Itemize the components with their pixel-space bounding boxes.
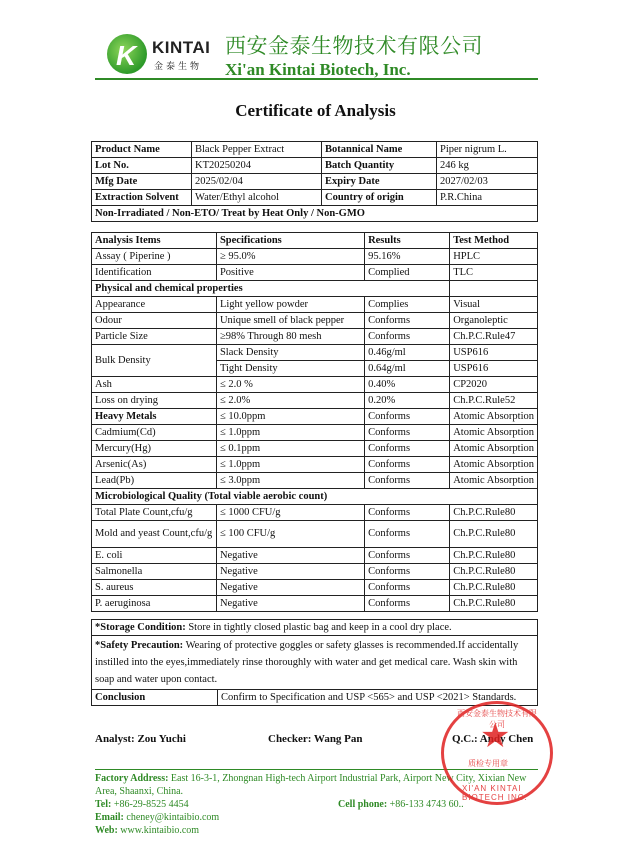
section-row: Microbiological Quality (Total viable ae… (92, 489, 538, 505)
stamp-bottom-text: XI'AN KINTAI BIOTECH INC. (462, 784, 550, 802)
result: Conforms (365, 548, 450, 564)
cell-value: +86-133 4743 60.. (387, 799, 463, 810)
spec: ≥98% Through 80 mesh (216, 329, 364, 345)
method: HPLC (450, 249, 538, 265)
storage-text: Store in tightly closed plastic bag and … (186, 622, 452, 633)
result: 0.46g/ml (365, 345, 450, 361)
email-value[interactable]: cheney@kintaibio.com (124, 812, 219, 823)
table-row: Loss on drying ≤ 2.0% 0.20% Ch.P.C.Rule5… (92, 393, 538, 409)
method: Ch.P.C.Rule52 (450, 393, 538, 409)
letterhead: K KINTAI 金泰生物 西安金泰生物技术有限公司 Xi'an Kintai … (95, 28, 540, 80)
value: Black Pepper Extract (192, 142, 322, 158)
result: Conforms (365, 313, 450, 329)
method: Ch.P.C.Rule80 (450, 564, 538, 580)
spec: ≤ 1.0ppm (216, 457, 364, 473)
method: Atomic Absorption (450, 409, 538, 425)
result: 0.64g/ml (365, 361, 450, 377)
item: Cadmium(Cd) (92, 425, 217, 441)
storage-row: *Storage Condition: Store in tightly clo… (92, 620, 538, 636)
table-row: Identification Positive Complied TLC (92, 265, 538, 281)
label: Expiry Date (322, 174, 437, 190)
spec: Slack Density (216, 345, 364, 361)
item: Ash (92, 377, 217, 393)
spec: ≤ 1.0ppm (216, 425, 364, 441)
spec: ≤ 1000 CFU/g (216, 505, 364, 521)
method: Atomic Absorption (450, 425, 538, 441)
logo-text: KINTAI (152, 38, 210, 58)
web-label: Web: (95, 825, 118, 836)
document-title: Certificate of Analysis (0, 101, 631, 121)
result: 95.16% (365, 249, 450, 265)
label: Product Name (92, 142, 192, 158)
company-seal-stamp: 西安金泰生物技术有限公司 ★ 质检专用章 XI'AN KINTAI BIOTEC… (441, 701, 553, 805)
item: Total Plate Count,cfu/g (92, 505, 217, 521)
spec: Tight Density (216, 361, 364, 377)
table-row: Appearance Light yellow powder Complies … (92, 297, 538, 313)
label: Country of origin (322, 190, 437, 206)
table-row: Lead(Pb) ≤ 3.0ppm Conforms Atomic Absorp… (92, 473, 538, 489)
storage-label: *Storage Condition: (95, 622, 186, 633)
product-info-table: Product Name Black Pepper Extract Botann… (91, 141, 538, 222)
notes-table: *Storage Condition: Store in tightly clo… (91, 619, 538, 706)
column-header: Analysis Items (92, 233, 217, 249)
table-row: Mold and yeast Count,cfu/g ≤ 100 CFU/g C… (92, 521, 538, 548)
label: Batch Quantity (322, 158, 437, 174)
item: Particle Size (92, 329, 217, 345)
method: Ch.P.C.Rule80 (450, 548, 538, 564)
tel-value: +86-29-8525 4454 (111, 799, 188, 810)
web-row: Web: www.kintaibio.com (95, 824, 540, 837)
method: Organoleptic (450, 313, 538, 329)
table-row: P. aeruginosa Negative Conforms Ch.P.C.R… (92, 596, 538, 612)
cell-phone: Cell phone: +86-133 4743 60.. (338, 798, 464, 811)
company-logo: K KINTAI 金泰生物 (107, 32, 217, 76)
spec: ≤ 0.1ppm (216, 441, 364, 457)
value: 2027/02/03 (437, 174, 538, 190)
result: Conforms (365, 409, 450, 425)
item: Mercury(Hg) (92, 441, 217, 457)
storage-condition: *Storage Condition: Store in tightly clo… (92, 620, 538, 636)
item: Identification (92, 265, 217, 281)
email-label: Email: (95, 812, 124, 823)
item: Arsenic(As) (92, 457, 217, 473)
item: P. aeruginosa (92, 596, 217, 612)
table-row: Mercury(Hg) ≤ 0.1ppm Conforms Atomic Abs… (92, 441, 538, 457)
item: E. coli (92, 548, 217, 564)
company-name-en: Xi'an Kintai Biotech, Inc. (225, 60, 411, 80)
result: 0.20% (365, 393, 450, 409)
value: Piper nigrum L. (437, 142, 538, 158)
web-value[interactable]: www.kintaibio.com (118, 825, 199, 836)
method: Ch.P.C.Rule47 (450, 329, 538, 345)
spec: ≥ 95.0% (216, 249, 364, 265)
result: 0.40% (365, 377, 450, 393)
table-row: S. aureus Negative Conforms Ch.P.C.Rule8… (92, 580, 538, 596)
table-row: Bulk Density Slack Density 0.46g/ml USP6… (92, 345, 538, 361)
table-row: Non-Irradiated / Non-ETO/ Treat by Heat … (92, 206, 538, 222)
item: Mold and yeast Count,cfu/g (92, 521, 217, 548)
value: Water/Ethyl alcohol (192, 190, 322, 206)
label: Mfg Date (92, 174, 192, 190)
item: Appearance (92, 297, 217, 313)
item: Heavy Metals (92, 409, 217, 425)
analysis-table: Analysis Items Specifications Results Te… (91, 232, 538, 612)
label: Botannical Name (322, 142, 437, 158)
safety-precaution: *Safety Precaution: Wearing of protectiv… (92, 636, 538, 690)
label: Extraction Solvent (92, 190, 192, 206)
spec: Light yellow powder (216, 297, 364, 313)
table-header-row: Analysis Items Specifications Results Te… (92, 233, 538, 249)
item: Salmonella (92, 564, 217, 580)
spec: Positive (216, 265, 364, 281)
spec: ≤ 100 CFU/g (216, 521, 364, 548)
table-row: Salmonella Negative Conforms Ch.P.C.Rule… (92, 564, 538, 580)
section-row: Physical and chemical properties (92, 281, 538, 297)
item: Loss on drying (92, 393, 217, 409)
method: Ch.P.C.Rule80 (450, 521, 538, 548)
value: P.R.China (437, 190, 538, 206)
tel-label: Tel: (95, 799, 111, 810)
empty-cell (450, 281, 538, 297)
table-row: Odour Unique smell of black pepper Confo… (92, 313, 538, 329)
method: Atomic Absorption (450, 441, 538, 457)
method: Ch.P.C.Rule80 (450, 580, 538, 596)
value: KT20250204 (192, 158, 322, 174)
value: 2025/02/04 (192, 174, 322, 190)
table-row: Extraction Solvent Water/Ethyl alcohol C… (92, 190, 538, 206)
spec: Negative (216, 596, 364, 612)
table-row: Mfg Date 2025/02/04 Expiry Date 2027/02/… (92, 174, 538, 190)
item: Bulk Density (92, 345, 217, 377)
label: Lot No. (92, 158, 192, 174)
result: Conforms (365, 596, 450, 612)
safety-label: *Safety Precaution: (95, 640, 183, 651)
logo-k-icon: K (107, 34, 147, 74)
method: Ch.P.C.Rule80 (450, 596, 538, 612)
table-row: Total Plate Count,cfu/g ≤ 1000 CFU/g Con… (92, 505, 538, 521)
company-name-cn: 西安金泰生物技术有限公司 (225, 30, 483, 60)
spec: Unique smell of black pepper (216, 313, 364, 329)
result: Conforms (365, 329, 450, 345)
spec: ≤ 2.0 % (216, 377, 364, 393)
address-label: Factory Address: (95, 773, 168, 784)
item: Odour (92, 313, 217, 329)
column-header: Results (365, 233, 450, 249)
column-header: Test Method (450, 233, 538, 249)
item: Lead(Pb) (92, 473, 217, 489)
spec: Negative (216, 580, 364, 596)
table-row: Lot No. KT20250204 Batch Quantity 246 kg (92, 158, 538, 174)
result: Conforms (365, 441, 450, 457)
result: Conforms (365, 425, 450, 441)
table-row: Particle Size ≥98% Through 80 mesh Confo… (92, 329, 538, 345)
conclusion-row: Conclusion Confirm to Specification and … (92, 690, 538, 706)
method: CP2020 (450, 377, 538, 393)
result: Conforms (365, 457, 450, 473)
section-title: Physical and chemical properties (92, 281, 450, 297)
item: Assay ( Piperine ) (92, 249, 217, 265)
header-divider (95, 78, 538, 80)
method: Ch.P.C.Rule80 (450, 505, 538, 521)
stamp-mid-text: 质检专用章 (468, 758, 508, 769)
result: Conforms (365, 473, 450, 489)
logo-cn-text: 金泰生物 (154, 59, 202, 72)
result: Conforms (365, 505, 450, 521)
method: USP616 (450, 345, 538, 361)
conclusion-label: Conclusion (92, 690, 218, 706)
result: Complied (365, 265, 450, 281)
method: Atomic Absorption (450, 457, 538, 473)
column-header: Specifications (216, 233, 364, 249)
spec: ≤ 2.0% (216, 393, 364, 409)
value: 246 kg (437, 158, 538, 174)
cell-label: Cell phone: (338, 799, 387, 810)
table-row: Assay ( Piperine ) ≥ 95.0% 95.16% HPLC (92, 249, 538, 265)
spec: ≤ 3.0ppm (216, 473, 364, 489)
item: S. aureus (92, 580, 217, 596)
result: Conforms (365, 564, 450, 580)
table-row: Cadmium(Cd) ≤ 1.0ppm Conforms Atomic Abs… (92, 425, 538, 441)
section-title: Microbiological Quality (Total viable ae… (92, 489, 538, 505)
method: USP616 (450, 361, 538, 377)
table-row: Heavy Metals ≤ 10.0ppm Conforms Atomic A… (92, 409, 538, 425)
safety-row: *Safety Precaution: Wearing of protectiv… (92, 636, 538, 690)
checker-signature: Checker: Wang Pan (268, 733, 363, 745)
table-row: Arsenic(As) ≤ 1.0ppm Conforms Atomic Abs… (92, 457, 538, 473)
star-icon: ★ (480, 720, 510, 754)
result: Conforms (365, 521, 450, 548)
method: Visual (450, 297, 538, 313)
spec: Negative (216, 564, 364, 580)
result: Conforms (365, 580, 450, 596)
spec: Negative (216, 548, 364, 564)
spec: ≤ 10.0ppm (216, 409, 364, 425)
email-row: Email: cheney@kintaibio.com (95, 811, 540, 824)
method: TLC (450, 265, 538, 281)
analyst-signature: Analyst: Zou Yuchi (95, 733, 186, 745)
table-row: Ash ≤ 2.0 % 0.40% CP2020 (92, 377, 538, 393)
result: Complies (365, 297, 450, 313)
table-row: E. coli Negative Conforms Ch.P.C.Rule80 (92, 548, 538, 564)
compliance-note: Non-Irradiated / Non-ETO/ Treat by Heat … (92, 206, 538, 222)
method: Atomic Absorption (450, 473, 538, 489)
table-row: Product Name Black Pepper Extract Botann… (92, 142, 538, 158)
